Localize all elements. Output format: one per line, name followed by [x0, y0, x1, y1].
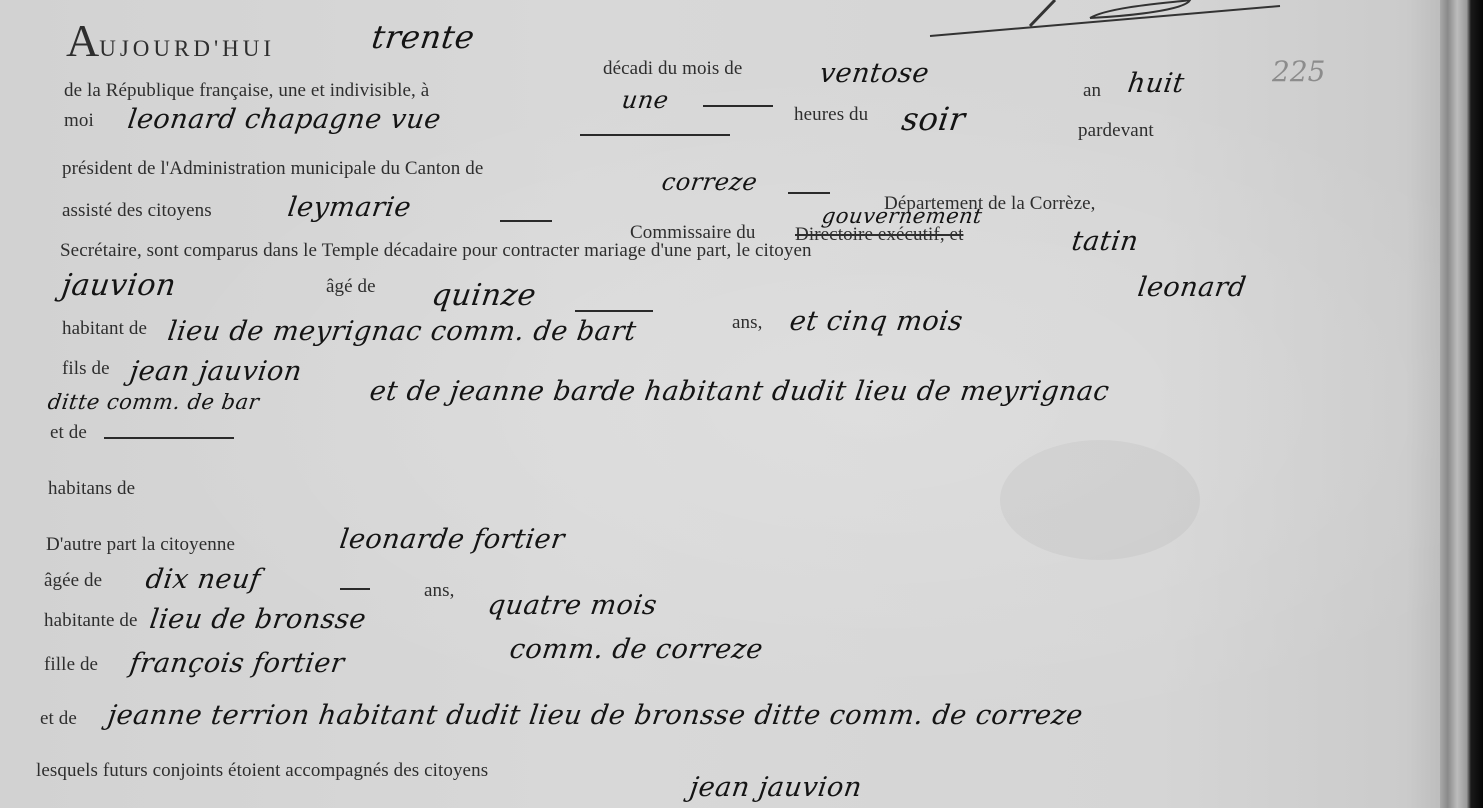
handwritten-witness: jean jauvion [688, 772, 864, 803]
label-an: an [1083, 80, 1101, 102]
handwritten-day: trente [369, 18, 477, 56]
label-assiste: assisté des citoyens [62, 200, 212, 222]
handwritten-bride-age: dix neuf [144, 564, 263, 595]
label-secretaire: Secrétaire, sont comparus dans le Temple… [60, 240, 812, 262]
handwritten-bride-name: leonarde fortier [338, 524, 567, 555]
label-fille-de: fille de [44, 654, 98, 676]
fill-line [788, 192, 830, 194]
handwritten-assistant: leymarie [286, 192, 413, 223]
label-et-de-1: et de [50, 422, 87, 444]
label-dautre-part: D'autre part la citoyenne [46, 534, 235, 556]
label-ans: ans, [732, 312, 762, 334]
handwritten-month: ventose [818, 58, 931, 89]
label-habitante-de: habitante de [44, 610, 138, 632]
handwritten-time-of-day: soir [899, 100, 968, 138]
label-age-de: âgé de [326, 276, 376, 298]
label-habitans-de: habitans de [48, 478, 135, 500]
handwritten-bride-mother: jeanne terrion habitant dudit lieu de br… [106, 700, 1085, 731]
handwritten-bride-father: françois fortier [128, 648, 347, 679]
handwritten-groom-father: jean jauvion [128, 356, 304, 387]
title-aujourdhui: AUJOURD'HUI [66, 14, 275, 67]
fill-line [703, 105, 773, 107]
label-lesquels: lesquels futurs conjoints étoient accomp… [36, 760, 488, 782]
label-agee-de: âgée de [44, 570, 102, 592]
handwritten-bride-commune: comm. de correze [508, 634, 765, 665]
label-heures-du: heures du [794, 104, 868, 126]
handwritten-bride-residence: lieu de bronsse [148, 604, 368, 635]
fill-line [500, 220, 552, 222]
label-habitant-de: habitant de [62, 318, 147, 340]
label-ans-2: ans, [424, 580, 454, 602]
label-et-de-2: et de [40, 708, 77, 730]
label-republique: de la République française, une et indiv… [64, 80, 429, 102]
handwritten-secretary: tatin [1070, 226, 1141, 257]
fill-line [104, 437, 234, 439]
paper-stain [1000, 440, 1200, 560]
handwritten-groom-surname: jauvion [60, 268, 179, 303]
handwritten-year: huit [1126, 68, 1187, 99]
fill-line [580, 134, 730, 136]
struck-directoire: Directoire exécutif, et [795, 224, 963, 246]
handwritten-groom-residence: lieu de meyrignac comm. de bart [166, 316, 639, 347]
handwritten-bride-age-extra: quatre mois [486, 590, 659, 621]
label-president: président de l'Administration municipale… [62, 158, 483, 180]
book-binding-gutter [1440, 0, 1483, 808]
handwritten-canton: correze [660, 168, 759, 196]
label-pardevant: pardevant [1078, 120, 1154, 142]
handwritten-groom-age: quinze [430, 278, 539, 313]
handwritten-groom-first-name: leonard [1136, 272, 1248, 303]
label-decadi-du-mois: décadi du mois de [603, 58, 742, 80]
signature-flourish [900, 0, 1300, 40]
document-page: AUJOURD'HUI trente décadi du mois de ven… [0, 0, 1450, 808]
label-fils-de: fils de [62, 358, 110, 380]
handwritten-groom-residence-cont: ditte comm. de bar [46, 390, 261, 414]
fill-line [575, 310, 653, 312]
handwritten-groom-mother: et de jeanne barde habitant dudit lieu d… [368, 376, 1112, 407]
handwritten-groom-age-extra: et cinq mois [788, 306, 965, 337]
handwritten-hour: une [620, 86, 671, 114]
fill-line [340, 588, 370, 590]
handwritten-officer-name: leonard chapagne vue [126, 104, 443, 135]
pencil-catalog-number: 225 [1272, 55, 1325, 88]
label-moi: moi [64, 110, 94, 132]
